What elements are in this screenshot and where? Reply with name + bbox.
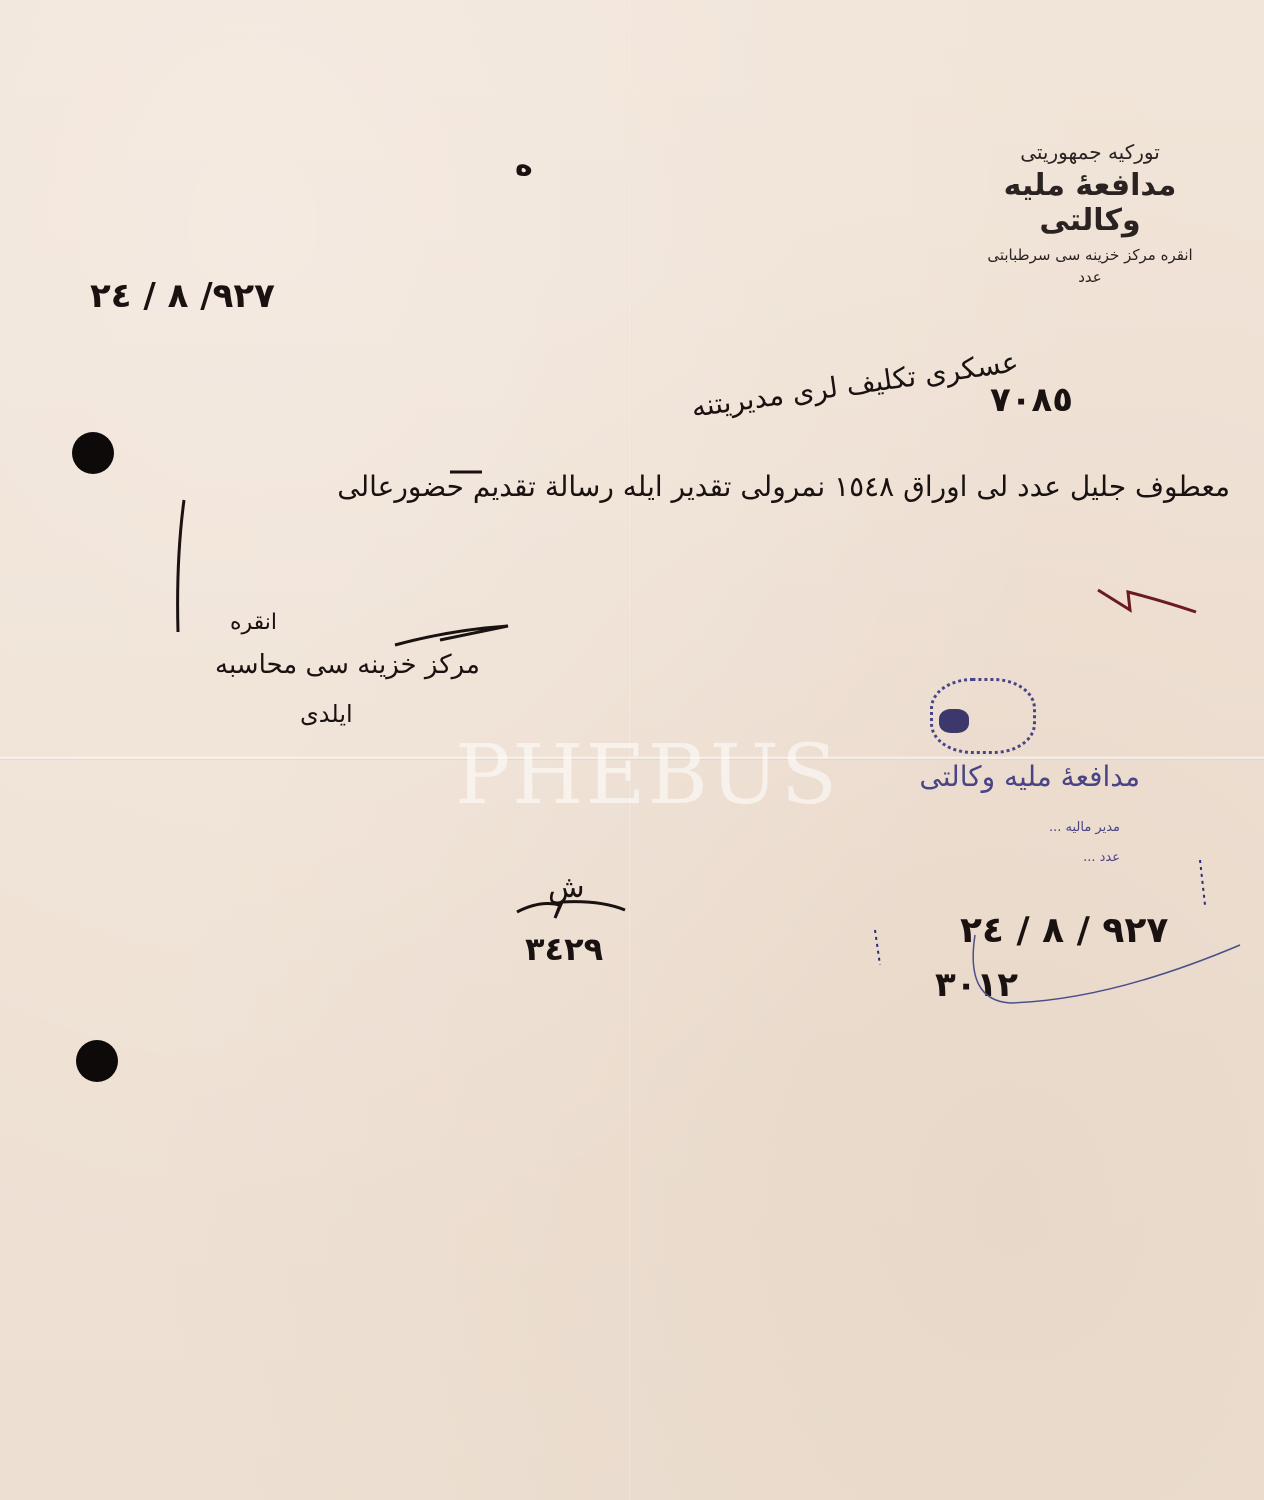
pen-strokes-overlay xyxy=(0,0,1264,1500)
